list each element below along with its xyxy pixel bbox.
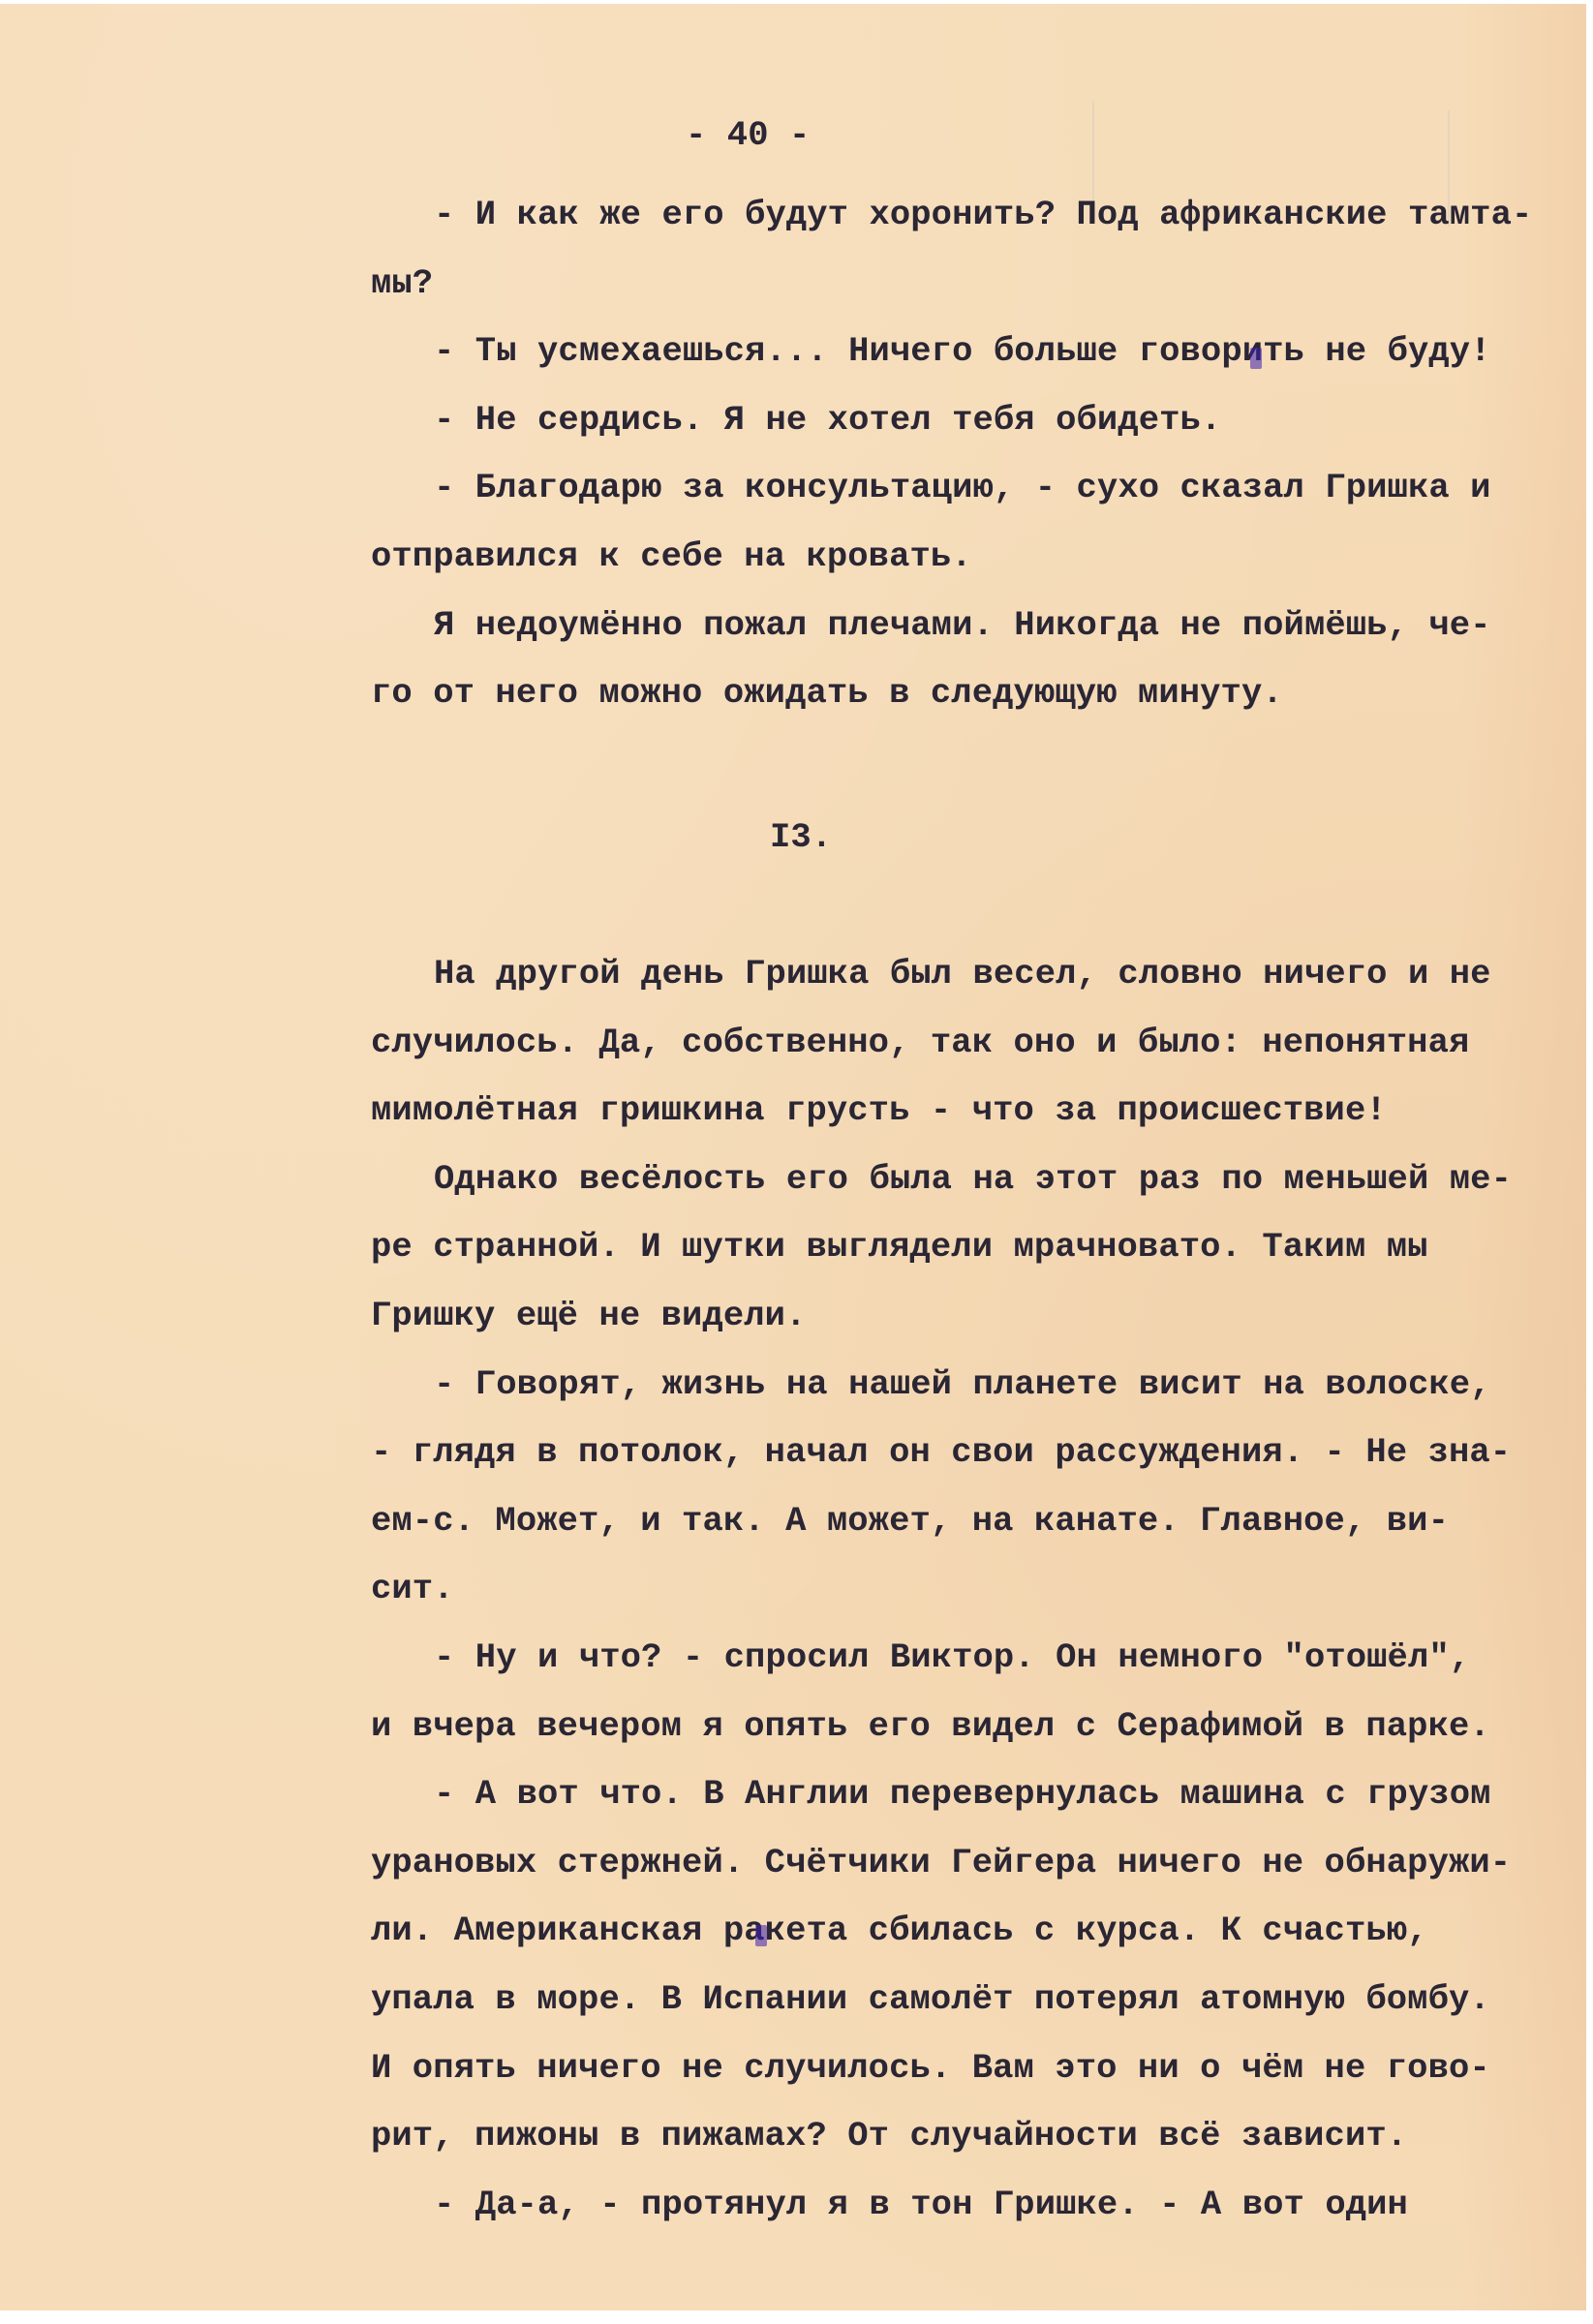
faint-pencil-mark (1092, 101, 1094, 207)
text-line: - А вот что. В Англии перевернулась маши… (434, 1777, 1491, 1812)
section-heading: I3. (770, 820, 832, 855)
text-line: - Ты усмехаешься... Ничего больше говори… (434, 334, 1491, 369)
text-line: Я недоумённо пожал плечами. Никогда не п… (434, 608, 1491, 643)
text-line: - Не сердись. Я не хотел тебя обидеть. (434, 403, 1221, 438)
text-line: упала в море. В Испании самолёт потерял … (371, 1982, 1490, 2017)
text-line: Гришку ещё не видели. (371, 1299, 806, 1333)
text-line: - Ну и что? - спросил Виктор. Он немного… (434, 1640, 1470, 1675)
text-line: И опять ничего не случилось. Вам это ни … (371, 2051, 1490, 2086)
ink-correction-mark (755, 1925, 767, 1946)
page-number: - 40 - (686, 118, 810, 153)
text-line: отправился к себе на кровать. (371, 539, 972, 574)
text-line: мимолётная гришкина грусть - что за прои… (371, 1093, 1387, 1128)
typewritten-page: - 40 - - И как же его будут хоронить? По… (0, 4, 1586, 2310)
text-line: ли. Американская ракета сбилась с курса.… (371, 1913, 1428, 1948)
text-line: рит, пижоны в пижамах? От случайности вс… (371, 2119, 1407, 2154)
text-line: сит. (371, 1572, 454, 1606)
text-line: - глядя в потолок, начал он свои рассужд… (371, 1435, 1511, 1470)
ink-correction-mark (1250, 348, 1262, 369)
text-line: Однако весёлость его была на этот раз по… (434, 1162, 1512, 1197)
text-line: - И как же его будут хоронить? Под африк… (434, 198, 1532, 232)
text-line: - Говорят, жизнь на нашей планете висит … (434, 1367, 1491, 1402)
text-line: го от него можно ожидать в следующую мин… (371, 676, 1283, 711)
text-line: и вчера вечером я опять его видел с Сера… (371, 1709, 1490, 1744)
text-line: ем-с. Может, и так. А может, на канате. … (371, 1504, 1449, 1539)
text-line: - Благодарю за консультацию, - сухо сказ… (434, 471, 1491, 505)
text-line: урановых стержней. Счётчики Гейгера ниче… (371, 1846, 1511, 1881)
text-line: ре странной. И шутки выглядели мрачноват… (371, 1230, 1428, 1265)
text-line: На другой день Гришка был весел, словно … (434, 957, 1491, 992)
text-line: - Да-а, - протянул я в тон Гришке. - А в… (434, 2187, 1408, 2222)
text-line: случилось. Да, собственно, так оно и был… (371, 1025, 1469, 1060)
text-line: мы? (371, 266, 433, 301)
